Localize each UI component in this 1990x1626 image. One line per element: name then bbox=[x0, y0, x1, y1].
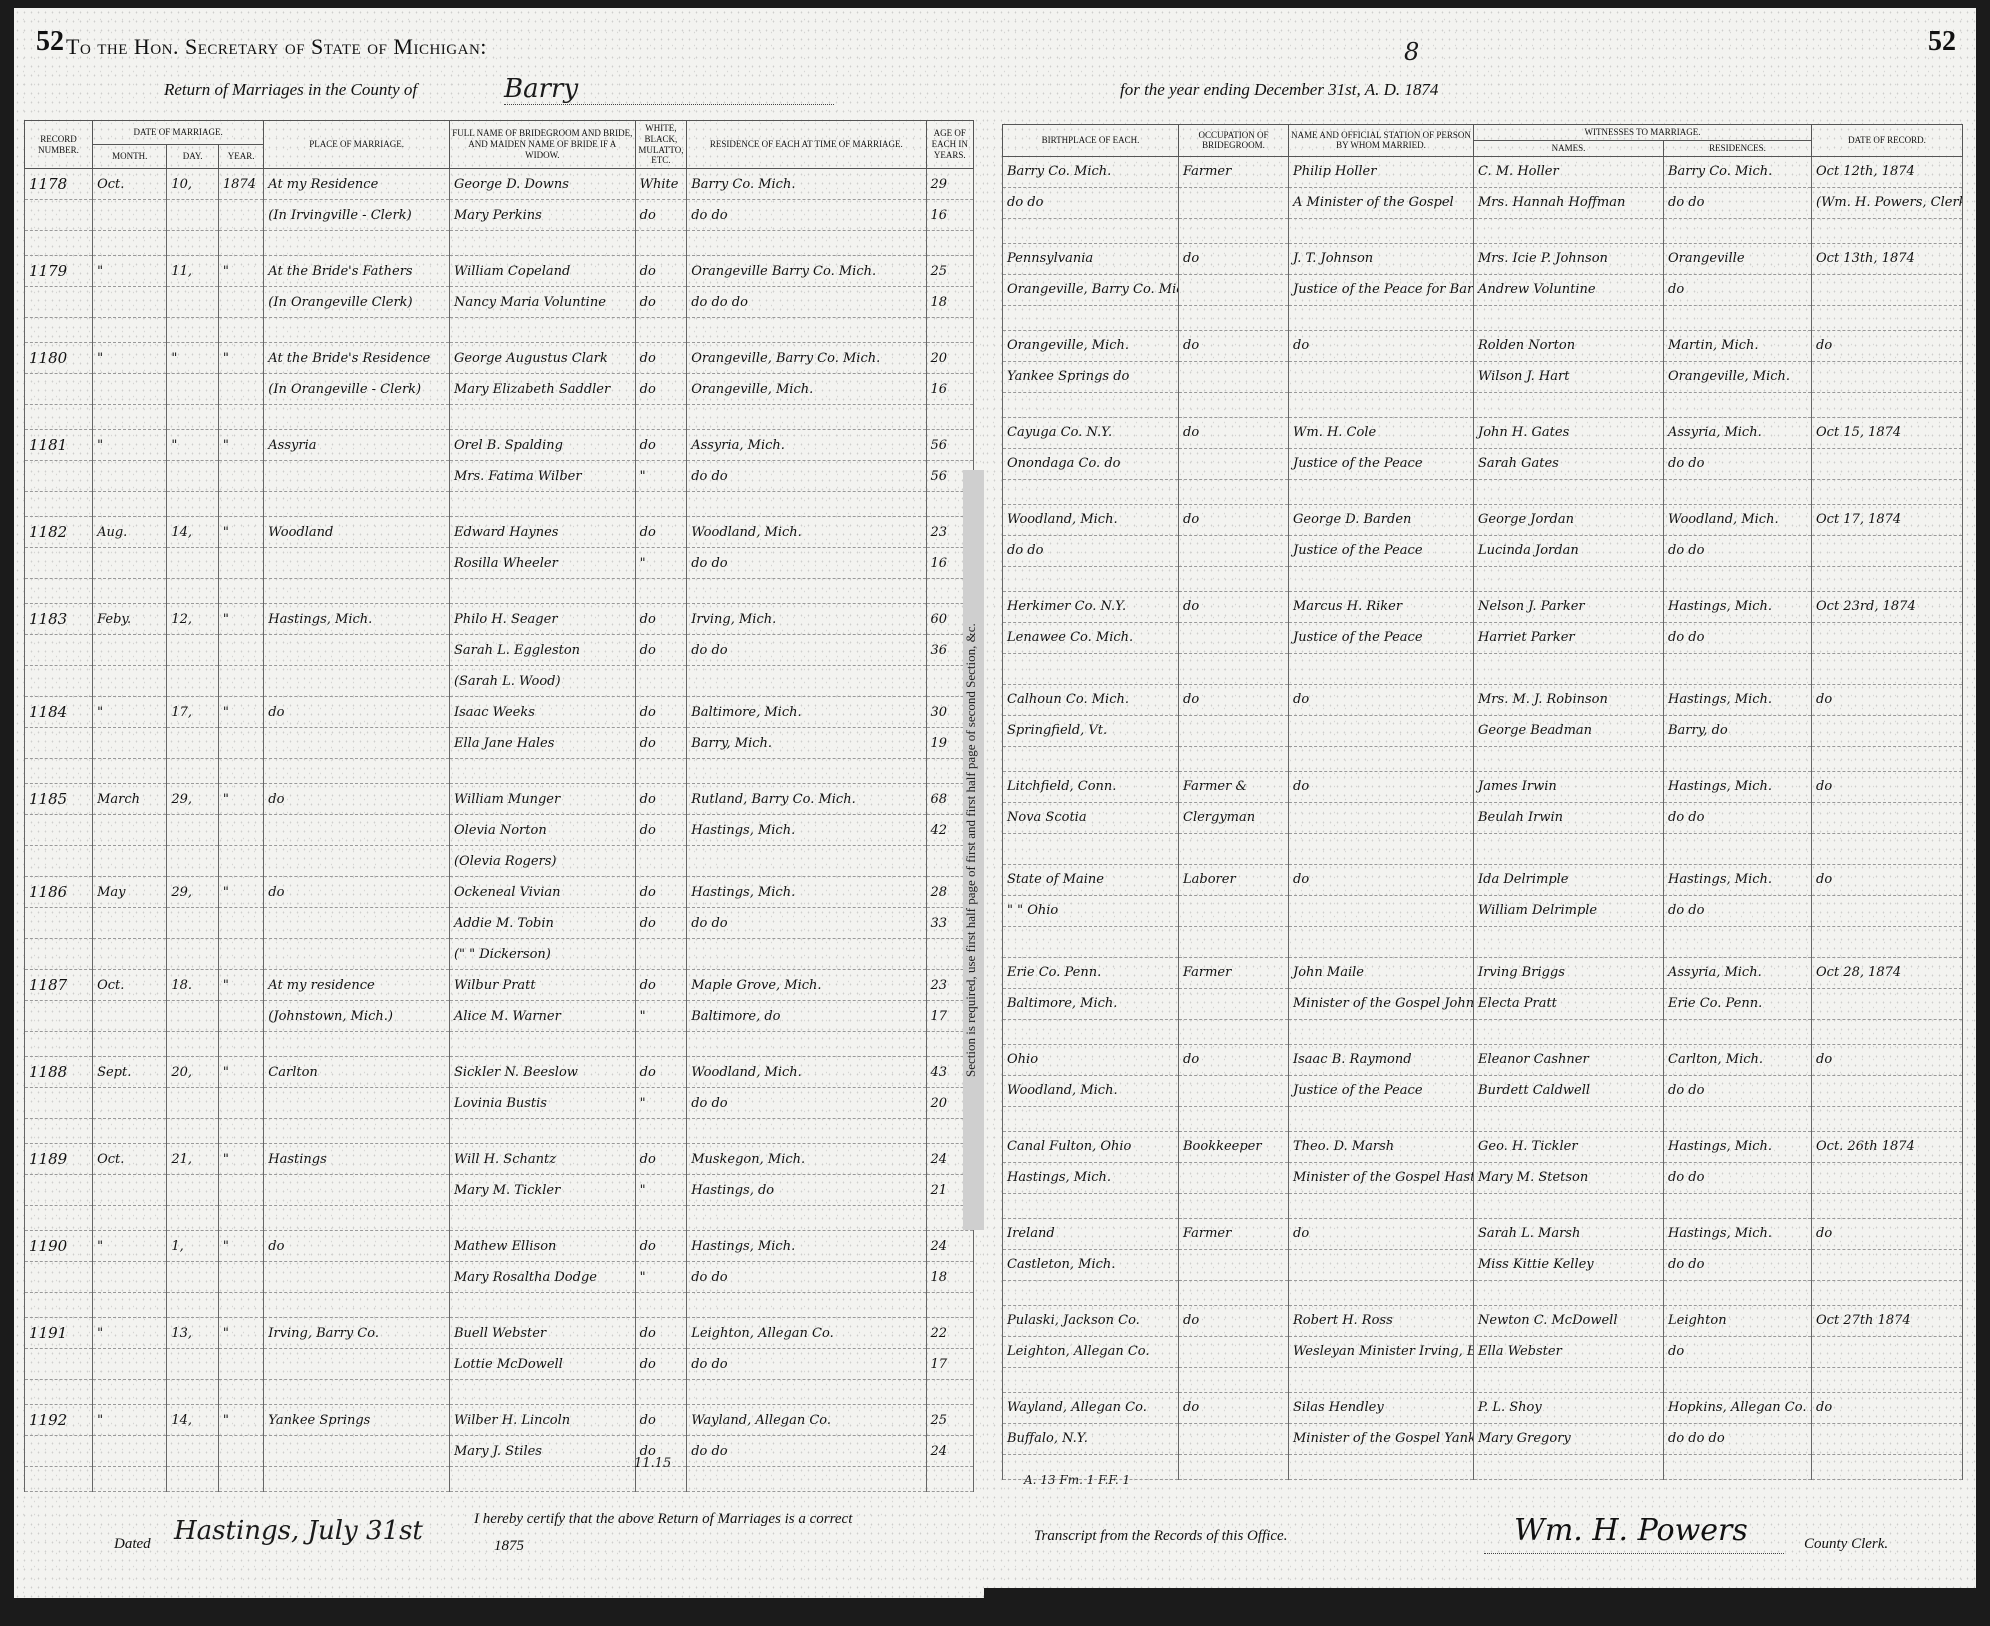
spacer-cell bbox=[1474, 566, 1664, 591]
spacer-cell bbox=[1179, 746, 1289, 771]
color: do bbox=[635, 343, 687, 374]
col-witness-residences: Residences. bbox=[1664, 140, 1812, 156]
form-title: To the Hon. Secretary of State of Michig… bbox=[66, 34, 487, 60]
record-row-right: Leighton, Allegan Co.Wesleyan Minister I… bbox=[1003, 1336, 1963, 1367]
spacer-cell bbox=[1179, 218, 1289, 243]
occupation: do bbox=[1179, 1392, 1289, 1423]
spacer-cell bbox=[1289, 1280, 1474, 1305]
dated-label: Dated bbox=[114, 1536, 151, 1553]
residence: Baltimore, do bbox=[687, 1001, 926, 1032]
spacer-cell bbox=[218, 1206, 263, 1231]
marriage-year: " bbox=[218, 430, 263, 461]
marriage-place: Hastings, Mich. bbox=[264, 604, 450, 635]
spacer-cell bbox=[449, 1293, 635, 1318]
spacer-cell bbox=[926, 1467, 974, 1492]
bridegroom-name: Isaac Weeks bbox=[449, 697, 635, 728]
spacer-cell bbox=[1289, 1106, 1474, 1131]
bride-name: Mary Rosaltha Dodge bbox=[449, 1262, 635, 1293]
date-of-record: do bbox=[1812, 1218, 1963, 1249]
spacer-cell bbox=[687, 1467, 926, 1492]
spacer-cell bbox=[687, 1206, 926, 1231]
color: do bbox=[635, 908, 687, 939]
record-row-right: Castleton, Mich.Miss Kittie Kelleydo do bbox=[1003, 1249, 1963, 1280]
residence: do do bbox=[687, 200, 926, 231]
record-number: 1180 bbox=[25, 343, 93, 374]
record-number bbox=[25, 1001, 93, 1032]
officiant: Justice of the Peace bbox=[1289, 622, 1474, 653]
spacer-cell bbox=[1812, 746, 1963, 771]
record-number: 1182 bbox=[25, 517, 93, 548]
spacer-cell bbox=[1812, 566, 1963, 591]
spacer-cell bbox=[167, 1293, 219, 1318]
marriage-day bbox=[167, 374, 219, 405]
spacer-cell bbox=[25, 492, 93, 517]
witness-residence: Hastings, Mich. bbox=[1664, 1218, 1812, 1249]
date-of-record bbox=[1812, 926, 1963, 957]
color: do bbox=[635, 1231, 687, 1262]
residence bbox=[687, 846, 926, 877]
occupation bbox=[1179, 274, 1289, 305]
record-row-left: 1182Aug.14,"WoodlandEdward HaynesdoWoodl… bbox=[25, 517, 974, 548]
residence: Hastings, Mich. bbox=[687, 815, 926, 846]
marriage-year: " bbox=[218, 970, 263, 1001]
film-note: A. 13 Fm. 1 F.F. 1 bbox=[1024, 1473, 1130, 1487]
officiant: George D. Barden bbox=[1289, 504, 1474, 535]
marriage-year bbox=[218, 1001, 263, 1032]
date-of-record: Oct 15, 1874 bbox=[1812, 417, 1963, 448]
marriage-month bbox=[93, 1088, 167, 1119]
county-value: Barry bbox=[504, 74, 834, 105]
marriage-month: " bbox=[93, 343, 167, 374]
marriage-place bbox=[264, 635, 450, 666]
spacer-cell bbox=[635, 231, 687, 256]
age: 24 bbox=[926, 1231, 974, 1262]
marriage-year: " bbox=[218, 604, 263, 635]
color: do bbox=[635, 256, 687, 287]
witness-residence: Hastings, Mich. bbox=[1664, 771, 1812, 802]
record-row-left: 1192"14,"Yankee SpringsWilber H. Lincoln… bbox=[25, 1405, 974, 1436]
bridegroom-name: George D. Downs bbox=[449, 169, 635, 200]
spacer-cell bbox=[167, 231, 219, 256]
witness-residence: Barry, do bbox=[1664, 715, 1812, 746]
spacer-cell bbox=[1474, 479, 1664, 504]
record-row-left: (In Irvingville - Clerk)Mary Perkinsdodo… bbox=[25, 200, 974, 231]
age: 25 bbox=[926, 256, 974, 287]
officiant: do bbox=[1289, 1218, 1474, 1249]
marriage-year bbox=[218, 287, 263, 318]
date-of-record bbox=[1812, 895, 1963, 926]
col-day: Day. bbox=[167, 145, 219, 169]
officiant bbox=[1289, 895, 1474, 926]
color: do bbox=[635, 430, 687, 461]
bride-name: Sarah L. Eggleston bbox=[449, 635, 635, 666]
spacer-cell bbox=[1474, 1106, 1664, 1131]
date-of-record bbox=[1812, 1075, 1963, 1106]
witness-residence: Hastings, Mich. bbox=[1664, 684, 1812, 715]
marriage-day bbox=[167, 1436, 219, 1467]
spacer-cell bbox=[1474, 746, 1664, 771]
spacer-cell bbox=[1289, 1367, 1474, 1392]
dated-value: Hastings, July 31st bbox=[174, 1516, 423, 1546]
spacer-cell bbox=[1179, 305, 1289, 330]
color: do bbox=[635, 970, 687, 1001]
transcript-text: Transcript from the Records of this Offi… bbox=[1034, 1528, 1287, 1545]
residence: Orangeville, Barry Co. Mich. bbox=[687, 343, 926, 374]
col-names: Full Name of Bridegroom and Bride, and M… bbox=[449, 121, 635, 169]
marriage-year: " bbox=[218, 784, 263, 815]
marriage-day bbox=[167, 1262, 219, 1293]
spacer-cell bbox=[1003, 218, 1179, 243]
residence: Hastings, do bbox=[687, 1175, 926, 1206]
marriage-place bbox=[264, 461, 450, 492]
spacer-cell bbox=[93, 231, 167, 256]
record-row-left: Addie M. Tobindodo do33 bbox=[25, 908, 974, 939]
record-row-right: State of MaineLaborerdoIda DelrimpleHast… bbox=[1003, 864, 1963, 895]
birthplace: Herkimer Co. N.Y. bbox=[1003, 591, 1179, 622]
witness-residence: Assyria, Mich. bbox=[1664, 417, 1812, 448]
marriage-place: At the Bride's Fathers bbox=[264, 256, 450, 287]
birthplace: Erie Co. Penn. bbox=[1003, 957, 1179, 988]
spacer-cell bbox=[25, 1206, 93, 1231]
col-occupation: Occupation of Bridegroom. bbox=[1179, 125, 1289, 157]
marriage-place: (In Irvingville - Clerk) bbox=[264, 200, 450, 231]
date-of-record: do bbox=[1812, 684, 1963, 715]
residence: do do bbox=[687, 908, 926, 939]
marriage-month: March bbox=[93, 784, 167, 815]
date-of-record: Oct 17, 1874 bbox=[1812, 504, 1963, 535]
marriage-month: May bbox=[93, 877, 167, 908]
birthplace: Ohio bbox=[1003, 1044, 1179, 1075]
date-of-record bbox=[1812, 715, 1963, 746]
color: do bbox=[635, 1318, 687, 1349]
bridegroom-name: Philo H. Seager bbox=[449, 604, 635, 635]
marriage-place bbox=[264, 666, 450, 697]
record-row-left: Sarah L. Egglestondodo do36 bbox=[25, 635, 974, 666]
marriage-year bbox=[218, 728, 263, 759]
spacer-cell bbox=[218, 405, 263, 430]
occupation: Clergyman bbox=[1179, 802, 1289, 833]
record-row-left: Mary J. Stilesdodo do24 bbox=[25, 1436, 974, 1467]
record-row-left: 1187Oct.18."At my residenceWilbur Prattd… bbox=[25, 970, 974, 1001]
marriage-day: 21, bbox=[167, 1144, 219, 1175]
marriage-place: (In Orangeville - Clerk) bbox=[264, 374, 450, 405]
spacer-cell bbox=[1474, 392, 1664, 417]
spacer-cell bbox=[1179, 479, 1289, 504]
record-number: 1185 bbox=[25, 784, 93, 815]
marriage-year: " bbox=[218, 877, 263, 908]
marriage-year bbox=[218, 1088, 263, 1119]
occupation bbox=[1179, 988, 1289, 1019]
record-row-right: Orangeville, Mich.dodoRolden NortonMarti… bbox=[1003, 330, 1963, 361]
spacer-cell bbox=[167, 1119, 219, 1144]
marriage-year: " bbox=[218, 517, 263, 548]
spacer-cell bbox=[1003, 392, 1179, 417]
color: " bbox=[635, 1175, 687, 1206]
witness-residence: Orangeville bbox=[1664, 243, 1812, 274]
marriage-year: " bbox=[218, 1057, 263, 1088]
spacer-cell bbox=[264, 759, 450, 784]
spacer-cell bbox=[1664, 1019, 1812, 1044]
spacer-cell bbox=[926, 1293, 974, 1318]
record-number: 1186 bbox=[25, 877, 93, 908]
birthplace: Hastings, Mich. bbox=[1003, 1162, 1179, 1193]
marriage-month bbox=[93, 908, 167, 939]
marriage-day bbox=[167, 1175, 219, 1206]
spacer-cell bbox=[1664, 1280, 1812, 1305]
date-of-record bbox=[1812, 1423, 1963, 1454]
witness-residence: do do bbox=[1664, 802, 1812, 833]
marriage-year: " bbox=[218, 343, 263, 374]
record-row-right: Woodland, Mich.doGeorge D. BardenGeorge … bbox=[1003, 504, 1963, 535]
record-row-right: Baltimore, Mich.Minister of the Gospel J… bbox=[1003, 988, 1963, 1019]
record-number: 1179 bbox=[25, 256, 93, 287]
spacer-cell bbox=[1179, 566, 1289, 591]
marriage-month: " bbox=[93, 1318, 167, 1349]
bridegroom-name: Sickler N. Beeslow bbox=[449, 1057, 635, 1088]
witness-residence: Erie Co. Penn. bbox=[1664, 988, 1812, 1019]
age: 20 bbox=[926, 343, 974, 374]
record-number: 1187 bbox=[25, 970, 93, 1001]
witness-name: Irving Briggs bbox=[1474, 957, 1664, 988]
marriage-place: Woodland bbox=[264, 517, 450, 548]
officiant: Wesleyan Minister Irving, Barry Co. bbox=[1289, 1336, 1474, 1367]
bride-name: Mary M. Tickler bbox=[449, 1175, 635, 1206]
date-of-record bbox=[1812, 1249, 1963, 1280]
record-row-right: Lenawee Co. Mich.Justice of the PeaceHar… bbox=[1003, 622, 1963, 653]
record-row-right bbox=[1003, 653, 1963, 684]
officiant bbox=[1289, 926, 1474, 957]
col-color: White, Black, Mulatto, Etc. bbox=[635, 121, 687, 169]
marriage-month bbox=[93, 1262, 167, 1293]
marriage-place: At my residence bbox=[264, 970, 450, 1001]
age: 16 bbox=[926, 374, 974, 405]
record-row-right: Pulaski, Jackson Co.doRobert H. RossNewt… bbox=[1003, 1305, 1963, 1336]
birthplace: Onondaga Co. do bbox=[1003, 448, 1179, 479]
marriage-month bbox=[93, 1001, 167, 1032]
spacer-cell bbox=[449, 1467, 635, 1492]
record-row-left: (In Orangeville - Clerk)Mary Elizabeth S… bbox=[25, 374, 974, 405]
bride-name: Lottie McDowell bbox=[449, 1349, 635, 1380]
spacer-cell bbox=[1812, 1280, 1963, 1305]
marriage-month: " bbox=[93, 697, 167, 728]
side-instruction: Section is required, use first half page… bbox=[963, 470, 985, 1230]
color: do bbox=[635, 604, 687, 635]
occupation: Farmer bbox=[1179, 156, 1289, 187]
spacer-cell bbox=[93, 492, 167, 517]
witness-residence: Leighton bbox=[1664, 1305, 1812, 1336]
record-row-left: Lottie McDowelldodo do17 bbox=[25, 1349, 974, 1380]
record-number: 1184 bbox=[25, 697, 93, 728]
bride-name: Olevia Norton bbox=[449, 815, 635, 846]
right-page: 8 52 for the year ending December 31st, … bbox=[984, 8, 1976, 1588]
spacer-cell bbox=[167, 1206, 219, 1231]
record-row-left: 1191"13,"Irving, Barry Co.Buell Websterd… bbox=[25, 1318, 974, 1349]
bridegroom-name: William Copeland bbox=[449, 256, 635, 287]
spacer-cell bbox=[167, 759, 219, 784]
marriage-day bbox=[167, 1088, 219, 1119]
witness-name: Geo. H. Tickler bbox=[1474, 1131, 1664, 1162]
spacer-cell bbox=[93, 759, 167, 784]
spacer-cell bbox=[218, 759, 263, 784]
marriage-year bbox=[218, 548, 263, 579]
spacer-cell bbox=[449, 318, 635, 343]
residence: do do bbox=[687, 1349, 926, 1380]
marriage-place bbox=[264, 846, 450, 877]
witness-name: Mrs. M. J. Robinson bbox=[1474, 684, 1664, 715]
spacer-cell bbox=[1474, 1454, 1664, 1479]
spacer-cell bbox=[1179, 1019, 1289, 1044]
record-number: 1190 bbox=[25, 1231, 93, 1262]
officiant: Justice of the Peace bbox=[1289, 1075, 1474, 1106]
officiant: Minister of the Gospel Yankee Springs, M… bbox=[1289, 1423, 1474, 1454]
marriage-day bbox=[167, 461, 219, 492]
marriage-year bbox=[218, 635, 263, 666]
record-number: 1178 bbox=[25, 169, 93, 200]
marriage-place bbox=[264, 1088, 450, 1119]
date-of-record: do bbox=[1812, 771, 1963, 802]
spacer-cell bbox=[1179, 1454, 1289, 1479]
record-number: 1191 bbox=[25, 1318, 93, 1349]
residence: do do bbox=[687, 548, 926, 579]
color: do bbox=[635, 1144, 687, 1175]
spacer-cell bbox=[264, 231, 450, 256]
marriage-place bbox=[264, 548, 450, 579]
page-total-note: 11.15 bbox=[634, 1456, 671, 1471]
record-row-left: 1184"17,"doIsaac WeeksdoBaltimore, Mich.… bbox=[25, 697, 974, 728]
record-row-right: Litchfield, Conn.Farmer &doJames IrwinHa… bbox=[1003, 771, 1963, 802]
witness-name: Mary Gregory bbox=[1474, 1423, 1664, 1454]
residence: Maple Grove, Mich. bbox=[687, 970, 926, 1001]
spacer-cell bbox=[93, 1032, 167, 1057]
bride-name: Lovinia Bustis bbox=[449, 1088, 635, 1119]
marriage-day: 12, bbox=[167, 604, 219, 635]
occupation bbox=[1179, 895, 1289, 926]
spacer-cell bbox=[635, 579, 687, 604]
birthplace: Pulaski, Jackson Co. bbox=[1003, 1305, 1179, 1336]
marriage-month bbox=[93, 461, 167, 492]
record-number bbox=[25, 200, 93, 231]
col-date-of-marriage: Date of Marriage. bbox=[93, 121, 264, 145]
certify-text: I hereby certify that the above Return o… bbox=[474, 1511, 852, 1528]
spacer-cell bbox=[218, 492, 263, 517]
marriage-year: " bbox=[218, 256, 263, 287]
spacer-cell bbox=[1289, 746, 1474, 771]
spacer-cell bbox=[926, 318, 974, 343]
record-row-right: Herkimer Co. N.Y.doMarcus H. RikerNelson… bbox=[1003, 591, 1963, 622]
spacer-cell bbox=[1003, 305, 1179, 330]
color: do bbox=[635, 1057, 687, 1088]
officiant: Minister of the Gospel Hastings, Mich. bbox=[1289, 1162, 1474, 1193]
age: 17 bbox=[926, 1349, 974, 1380]
witness-residence: Hastings, Mich. bbox=[1664, 591, 1812, 622]
spacer-cell bbox=[93, 405, 167, 430]
officiant bbox=[1289, 1249, 1474, 1280]
spacer-cell bbox=[687, 231, 926, 256]
record-row-right: Canal Fulton, OhioBookkeeperTheo. D. Mar… bbox=[1003, 1131, 1963, 1162]
birthplace: Woodland, Mich. bbox=[1003, 504, 1179, 535]
record-number bbox=[25, 1088, 93, 1119]
spacer-cell bbox=[1812, 218, 1963, 243]
marriage-day: " bbox=[167, 343, 219, 374]
record-row-left: 1179"11,"At the Bride's FathersWilliam C… bbox=[25, 256, 974, 287]
residence: do do bbox=[687, 1436, 926, 1467]
marriage-day bbox=[167, 908, 219, 939]
occupation: do bbox=[1179, 243, 1289, 274]
spacer-cell bbox=[167, 318, 219, 343]
marriage-day: 29, bbox=[167, 784, 219, 815]
officiant: J. T. Johnson bbox=[1289, 243, 1474, 274]
occupation: Farmer bbox=[1179, 1218, 1289, 1249]
record-row-right: Cayuga Co. N.Y.doWm. H. ColeJohn H. Gate… bbox=[1003, 417, 1963, 448]
color: do bbox=[635, 697, 687, 728]
marriage-month: " bbox=[93, 1231, 167, 1262]
date-of-record bbox=[1812, 1162, 1963, 1193]
col-place: Place of Marriage. bbox=[264, 121, 450, 169]
marriage-day: 20, bbox=[167, 1057, 219, 1088]
witness-name: C. M. Holler bbox=[1474, 156, 1664, 187]
officiant: Philip Holler bbox=[1289, 156, 1474, 187]
spacer-cell bbox=[1003, 566, 1179, 591]
spacer-cell bbox=[93, 579, 167, 604]
officiant: Justice of the Peace for Barry Co. Mich. bbox=[1289, 274, 1474, 305]
marriage-year: " bbox=[218, 697, 263, 728]
record-row-left: (Sarah L. Wood) bbox=[25, 666, 974, 697]
bride-name: Addie M. Tobin bbox=[449, 908, 635, 939]
spacer-cell bbox=[1812, 1019, 1963, 1044]
occupation: Bookkeeper bbox=[1179, 1131, 1289, 1162]
record-row-left: Mary M. Tickler"Hastings, do21 bbox=[25, 1175, 974, 1206]
spacer-cell bbox=[264, 1380, 450, 1405]
marriage-place: (Johnstown, Mich.) bbox=[264, 1001, 450, 1032]
marriage-month bbox=[93, 815, 167, 846]
spacer-cell bbox=[93, 1293, 167, 1318]
residence: do do bbox=[687, 461, 926, 492]
col-age: Age of each in Years. bbox=[926, 121, 974, 169]
record-row-right bbox=[1003, 926, 1963, 957]
spacer-cell bbox=[449, 1206, 635, 1231]
record-row-right: " " OhioWilliam Delrimpledo do bbox=[1003, 895, 1963, 926]
birthplace: " " Ohio bbox=[1003, 895, 1179, 926]
marriage-place bbox=[264, 1349, 450, 1380]
spacer-cell bbox=[635, 405, 687, 430]
marriage-day bbox=[167, 846, 219, 877]
record-row-right: IrelandFarmerdoSarah L. MarshHastings, M… bbox=[1003, 1218, 1963, 1249]
color: do bbox=[635, 728, 687, 759]
age: 24 bbox=[926, 1436, 974, 1467]
spacer-cell bbox=[1289, 218, 1474, 243]
spacer-cell bbox=[926, 231, 974, 256]
birthplace: Cayuga Co. N.Y. bbox=[1003, 417, 1179, 448]
marriage-day bbox=[167, 287, 219, 318]
spacer-cell bbox=[264, 318, 450, 343]
spacer-cell bbox=[635, 492, 687, 517]
spacer-cell bbox=[218, 231, 263, 256]
marriage-year bbox=[218, 939, 263, 970]
page-number-left: 52 bbox=[36, 26, 64, 58]
bride-name: (Olevia Rogers) bbox=[449, 846, 635, 877]
record-row-left: 1188Sept.20,"CarltonSickler N. Beeslowdo… bbox=[25, 1057, 974, 1088]
record-row-left: 1181"""AssyriaOrel B. SpaldingdoAssyria,… bbox=[25, 430, 974, 461]
spacer-cell bbox=[926, 405, 974, 430]
spacer-cell bbox=[449, 1119, 635, 1144]
record-number: 1192 bbox=[25, 1405, 93, 1436]
spacer-cell bbox=[635, 1293, 687, 1318]
spacer-cell bbox=[218, 1293, 263, 1318]
spacer-cell bbox=[264, 1293, 450, 1318]
witness-residence bbox=[1664, 833, 1812, 864]
marriage-year bbox=[218, 815, 263, 846]
witness-residence: do do bbox=[1664, 895, 1812, 926]
